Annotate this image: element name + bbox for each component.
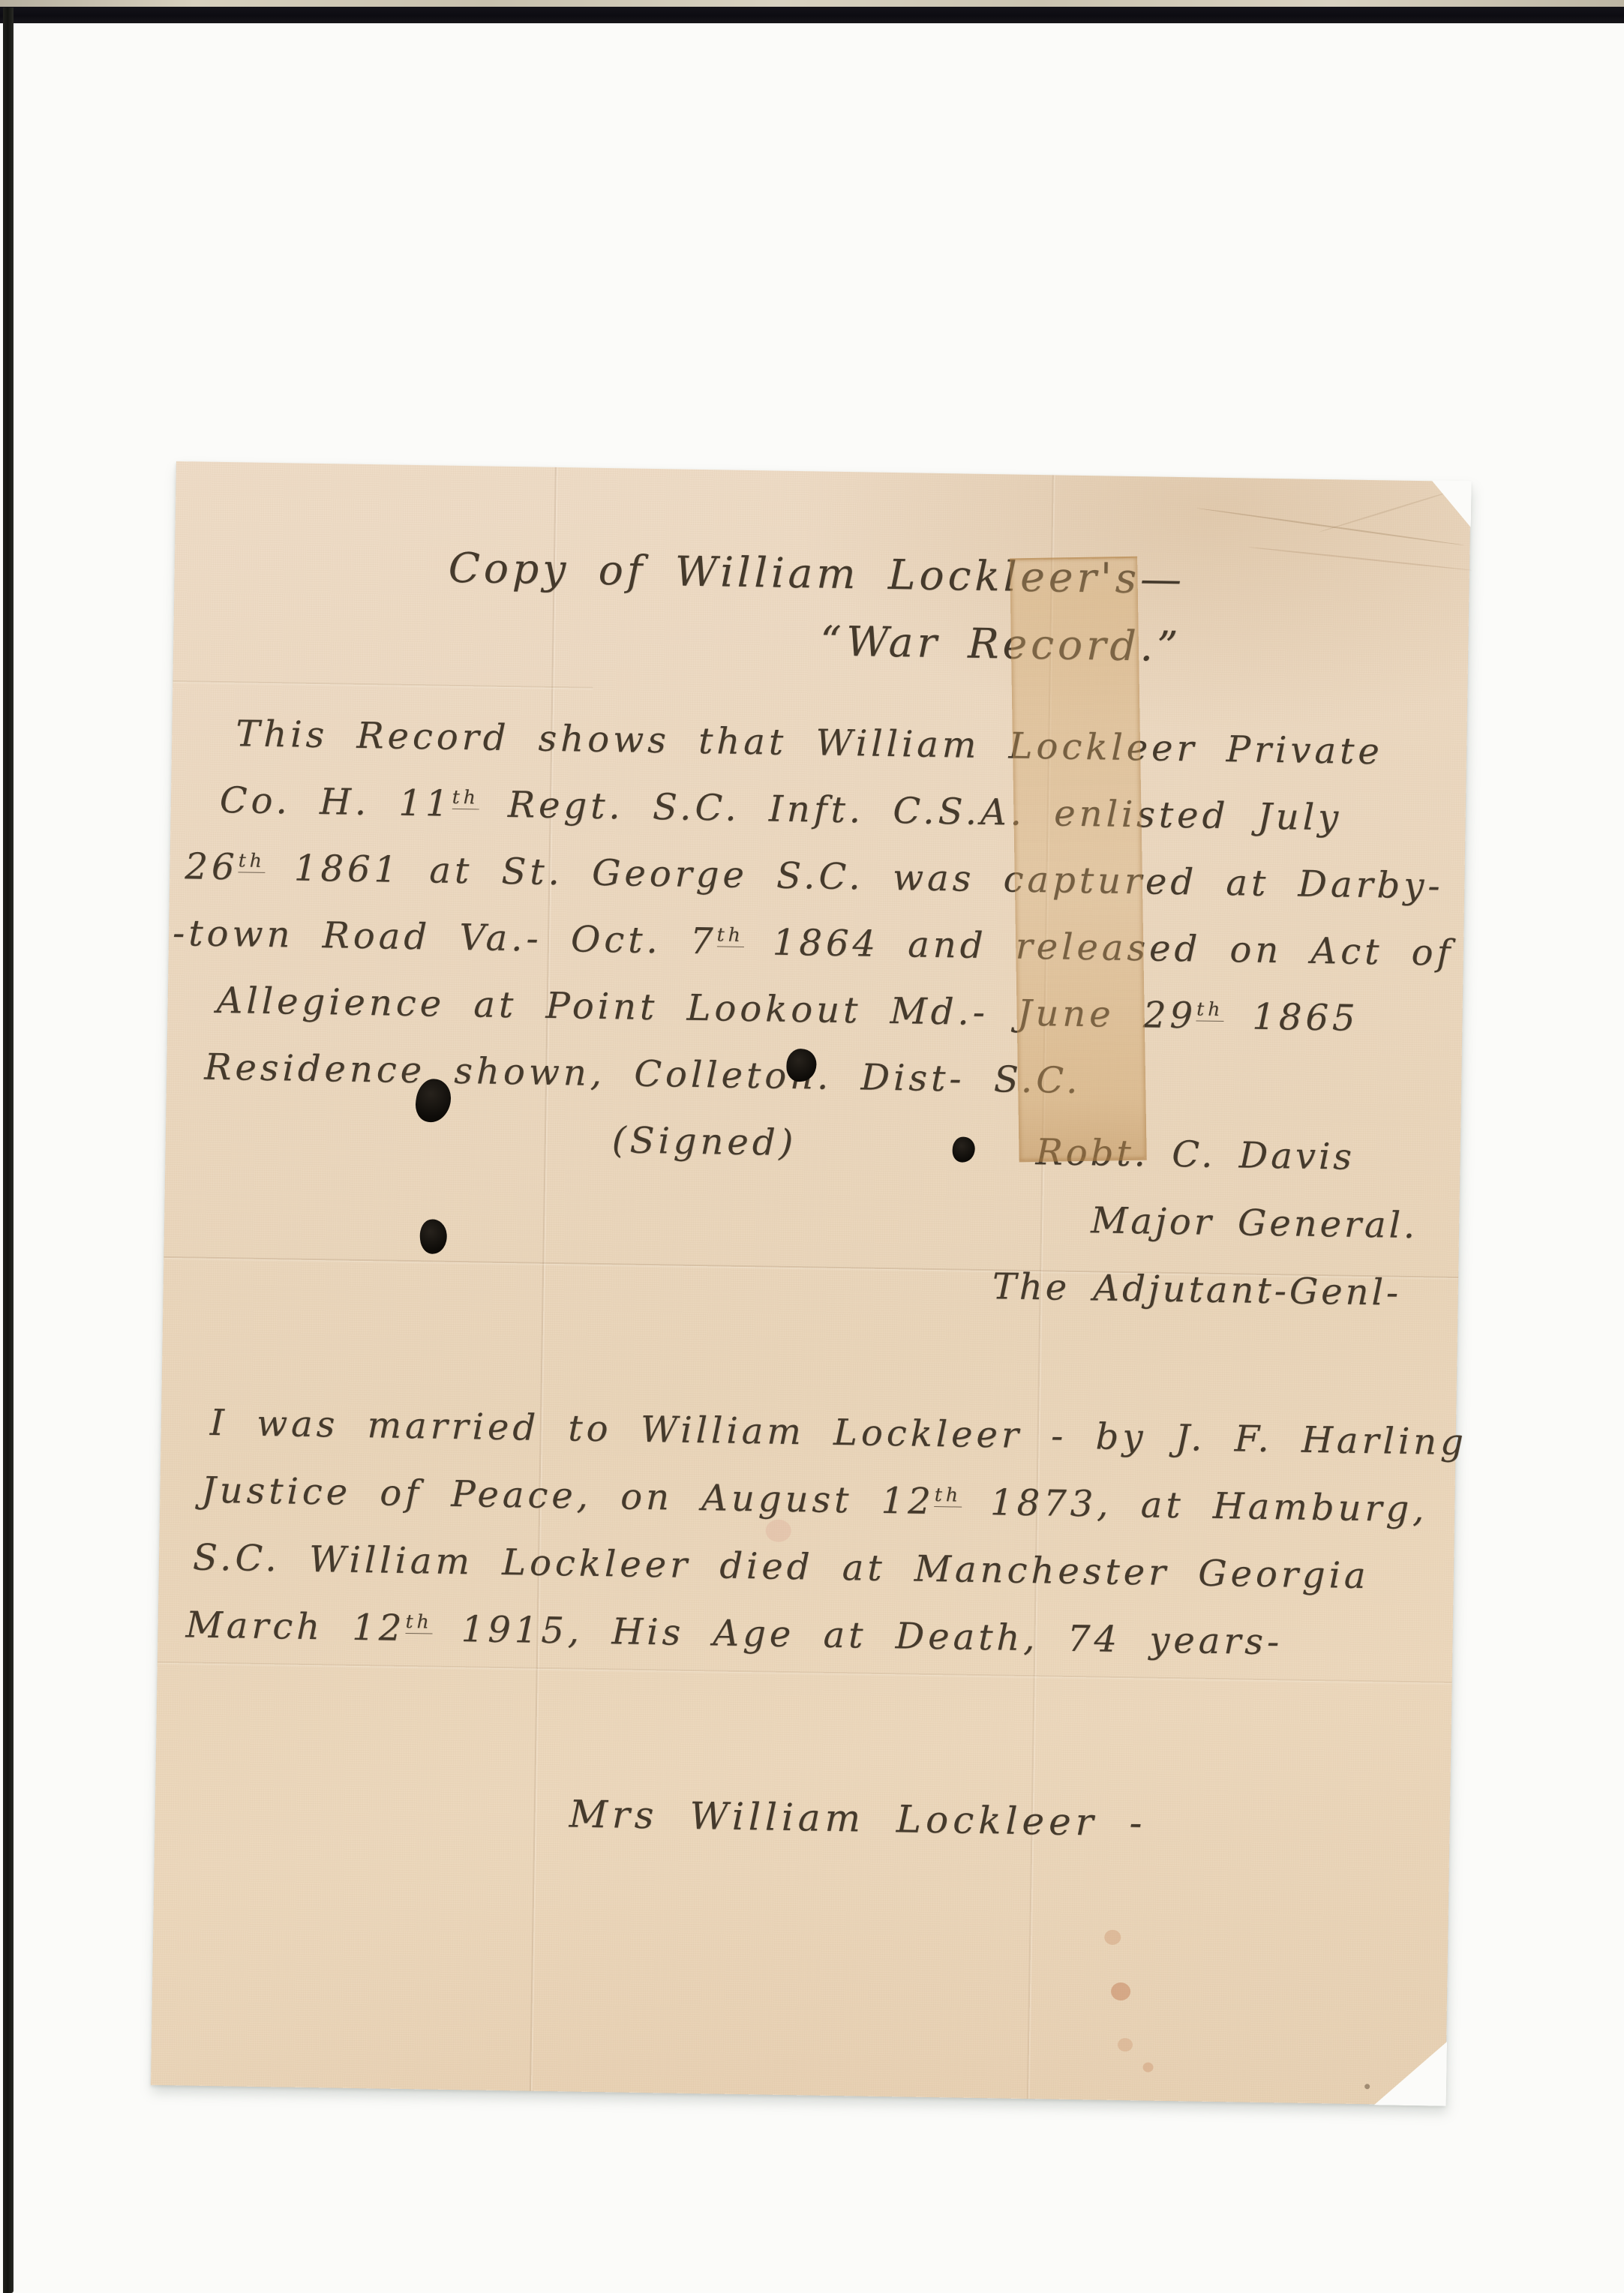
- signer-office: The Adjutant-Genl-: [992, 1253, 1417, 1327]
- speck: [1364, 2084, 1370, 2089]
- stain-mark: [1104, 1930, 1121, 1945]
- ink-blot: [419, 1218, 449, 1255]
- letter-paper: Copy of William Lockleer's— “War Record.…: [151, 461, 1471, 2105]
- scanned-page: Copy of William Lockleer's— “War Record.…: [0, 0, 1624, 2293]
- closing-signature: Mrs William Lockleer -: [569, 1792, 1147, 1844]
- torn-corner-top-right: [1427, 480, 1472, 527]
- stain-mark: [1111, 1982, 1130, 2000]
- scanner-edge-left: [3, 8, 14, 2293]
- wrinkle-line: [1196, 507, 1464, 545]
- wrinkle-line: [1319, 489, 1455, 533]
- wrinkle-line: [1248, 546, 1472, 571]
- scanner-edge-top: [0, 7, 1624, 23]
- fold-crease-horizontal-upper: [173, 680, 593, 689]
- tape-strip: [1010, 557, 1147, 1163]
- cut-corner-bottom-right: [1374, 2040, 1447, 2105]
- marriage-paragraph: I was married to William Lockleer - by J…: [180, 1388, 1468, 1679]
- record-paragraph: This Record shows that William Lockleer …: [169, 700, 1457, 1187]
- signer-rank: Major General.: [1091, 1187, 1418, 1259]
- stain-mark: [1142, 2063, 1153, 2072]
- stain-mark: [1118, 2038, 1133, 2051]
